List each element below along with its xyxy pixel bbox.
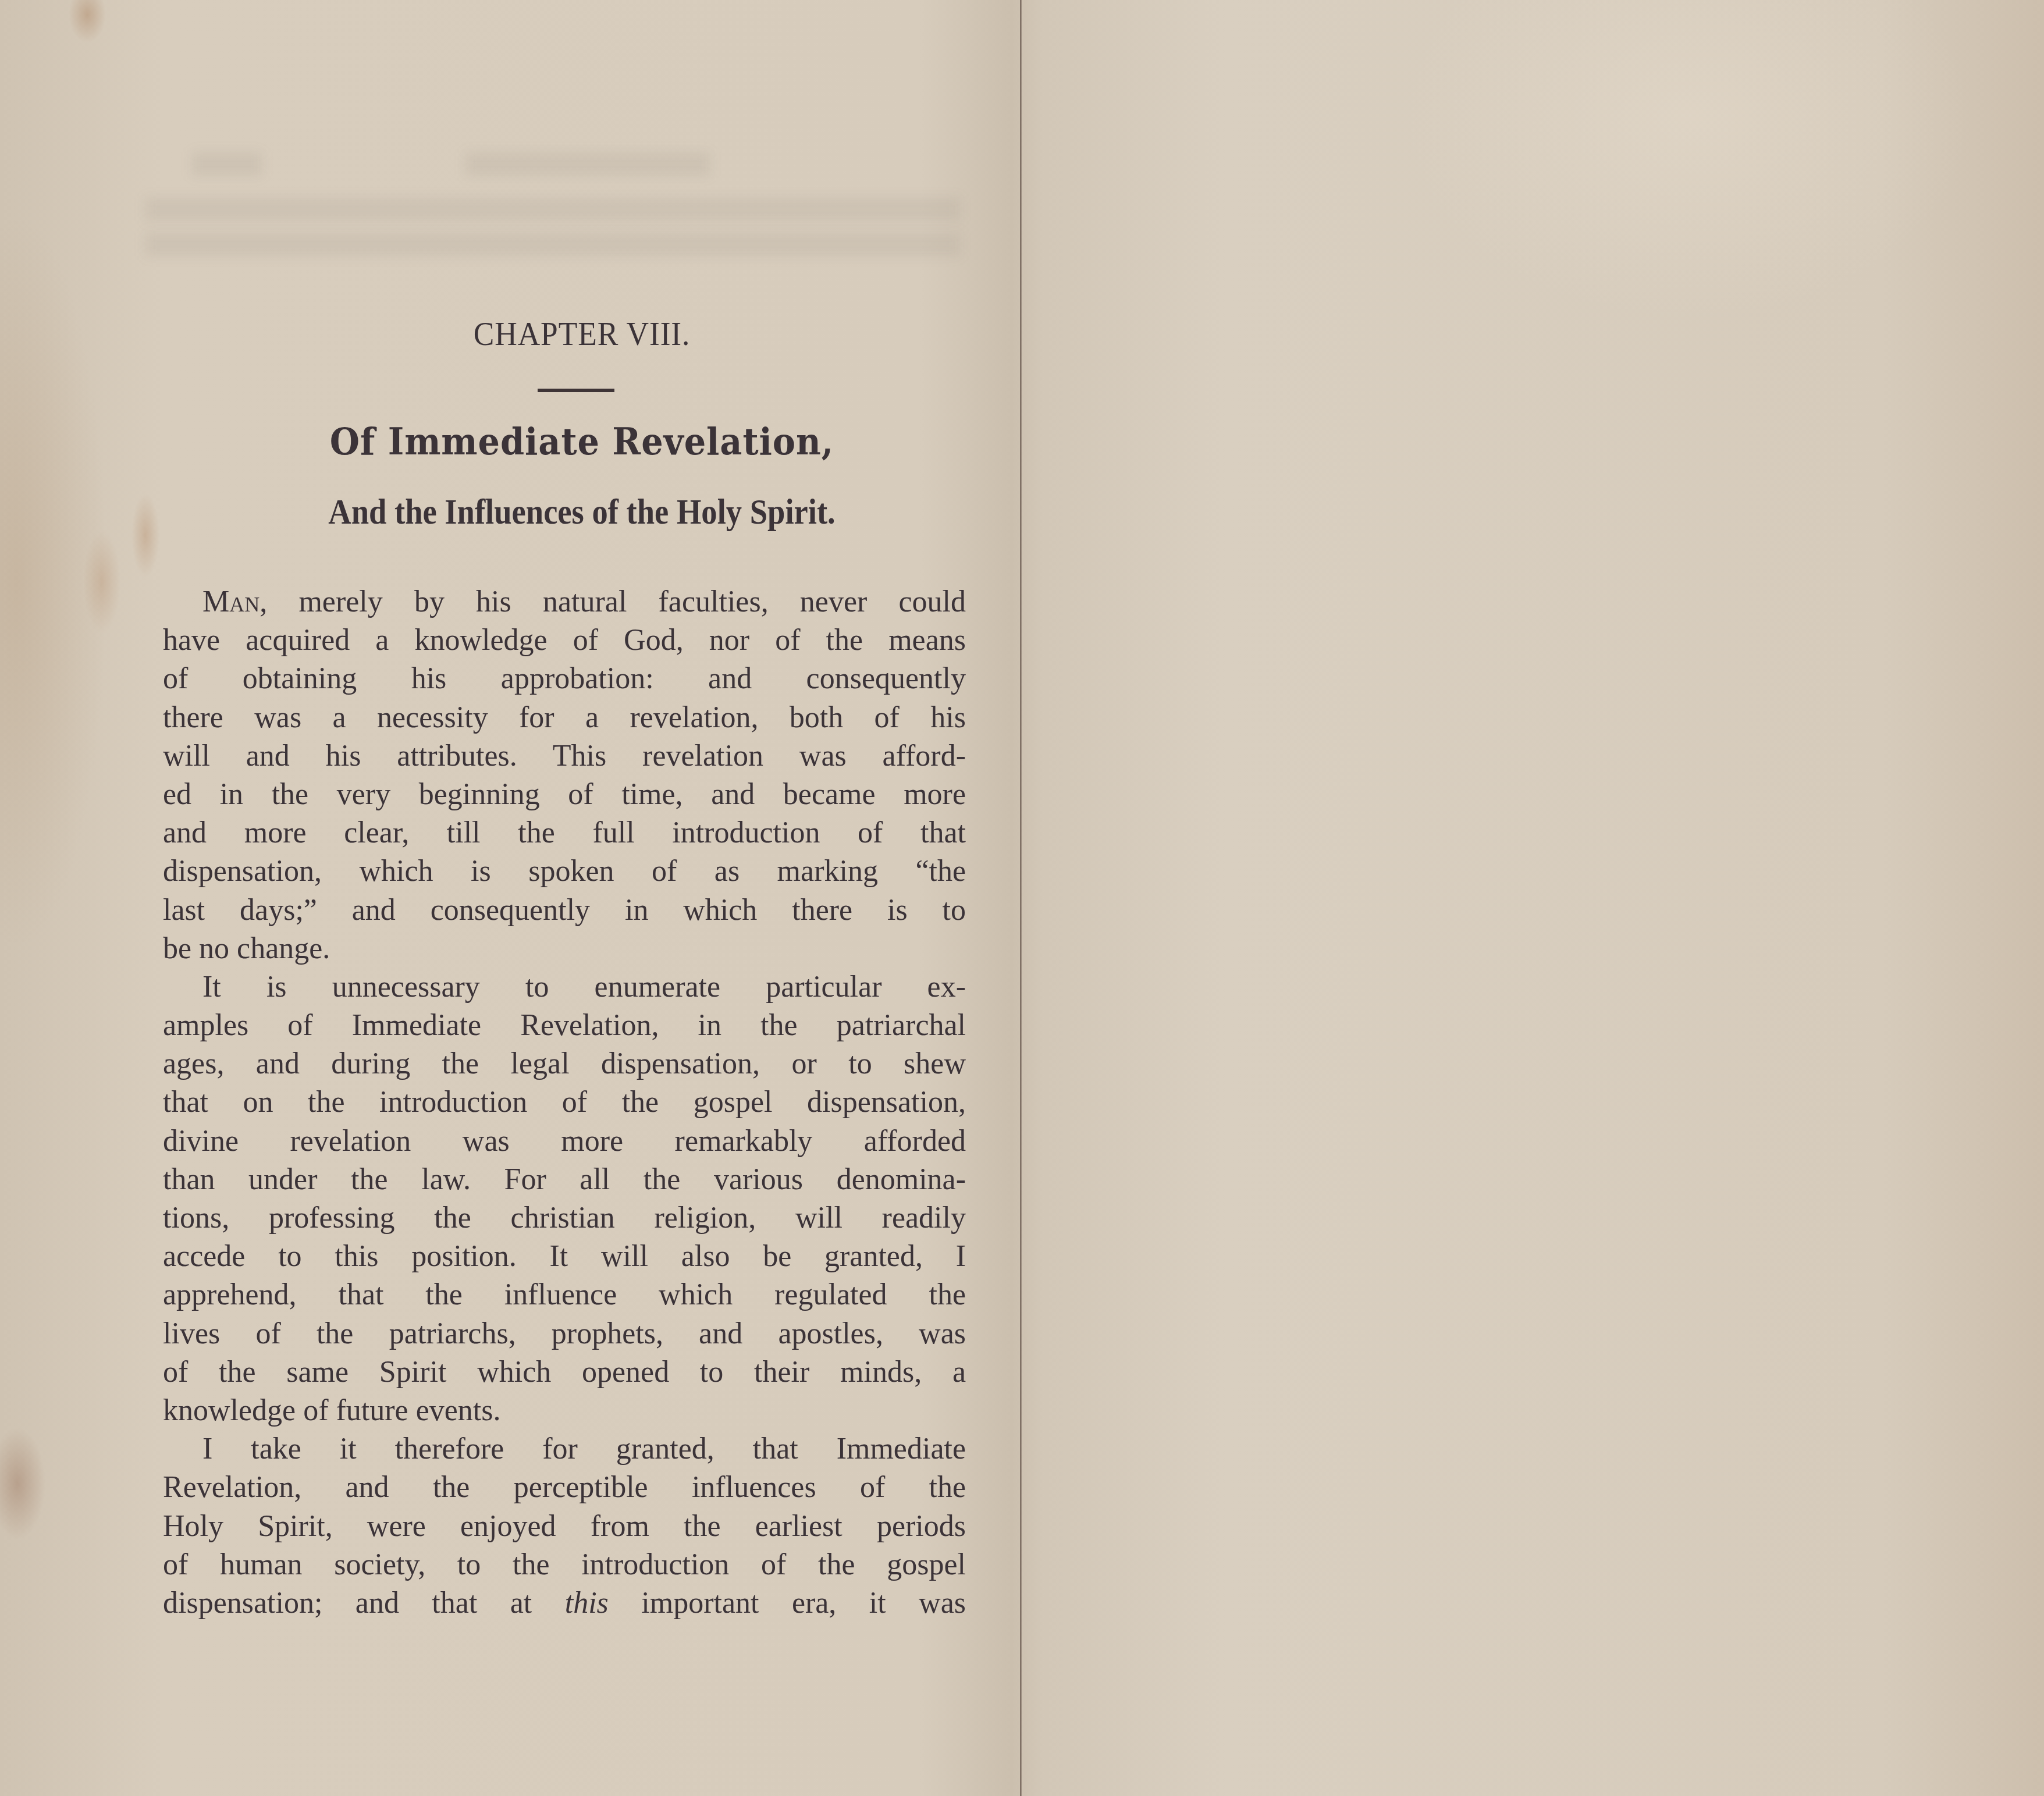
text-line: of obtaining his approbation: and conseq… bbox=[163, 660, 966, 698]
text-run: divine revelation was more remarkably af… bbox=[163, 1125, 966, 1158]
text-run: there was a necessity for a revelation, … bbox=[163, 701, 966, 734]
text-line: will and his attributes. This revelation… bbox=[163, 737, 966, 776]
italic-text: this bbox=[565, 1587, 609, 1620]
chapter-subtitle: And the Influences of the Holy Spirit. bbox=[223, 492, 940, 533]
text-line: amples of Immediate Revelation, in the p… bbox=[163, 1007, 966, 1045]
text-run: that on the introduction of the gospel d… bbox=[163, 1086, 966, 1119]
text-run: will and his attributes. This revelation… bbox=[163, 739, 966, 773]
text-run: accede to this position. It will also be… bbox=[163, 1240, 966, 1273]
text-line: last days;” and consequently in which th… bbox=[163, 891, 966, 930]
left-page: CHAPTER VIII. Of Immediate Revelation, A… bbox=[0, 0, 1021, 1796]
text-run: knowledge of future events. bbox=[163, 1394, 500, 1427]
text-run: , merely by his natural faculties, never… bbox=[260, 585, 966, 618]
text-line: apprehend, that the influence which regu… bbox=[163, 1276, 966, 1314]
text-run: last days;” and consequently in which th… bbox=[163, 894, 966, 927]
text-run: have acquired a knowledge of God, nor of… bbox=[163, 624, 966, 657]
left-page-body-text: Man, merely by his natural faculties, ne… bbox=[163, 583, 966, 1623]
text-run: of obtaining his approbation: and conseq… bbox=[163, 662, 966, 695]
text-line: Holy Spirit, were enjoyed from the earli… bbox=[163, 1507, 966, 1546]
text-line: tions, professing the christian religion… bbox=[163, 1199, 966, 1237]
text-line: dispensation, which is spoken of as mark… bbox=[163, 852, 966, 891]
chapter-divider-rule bbox=[538, 389, 614, 392]
text-line: than under the law. For all the various … bbox=[163, 1161, 966, 1199]
text-run: and more clear, till the full introducti… bbox=[163, 816, 966, 849]
text-run: dispensation, which is spoken of as mark… bbox=[163, 855, 966, 888]
text-line: ages, and during the legal dispensation,… bbox=[163, 1045, 966, 1083]
text-line: I take it therefore for granted, that Im… bbox=[163, 1430, 966, 1468]
text-run: Revelation, and the perceptible influenc… bbox=[163, 1471, 966, 1504]
text-line: Revelation, and the perceptible influenc… bbox=[163, 1468, 966, 1507]
text-run: I take it therefore for granted, that Im… bbox=[202, 1432, 966, 1466]
text-run: amples of Immediate Revelation, in the p… bbox=[163, 1009, 966, 1042]
book-spread: CHAPTER VIII. Of Immediate Revelation, A… bbox=[0, 0, 2044, 1796]
text-line: dispensation; and that at this important… bbox=[163, 1584, 966, 1623]
text-line: ed in the very beginning of time, and be… bbox=[163, 776, 966, 814]
chapter-number: CHAPTER VIII. bbox=[368, 314, 796, 353]
right-page: OF IMMEDIATE REVELATION. 161 more eminen… bbox=[1022, 0, 2044, 1796]
text-line: divine revelation was more remarkably af… bbox=[163, 1122, 966, 1161]
chapter-title: Of Immediate Revelation, bbox=[261, 420, 903, 464]
text-run: ed in the very beginning of time, and be… bbox=[163, 778, 966, 811]
text-run: It is unnecessary to enumerate particula… bbox=[202, 970, 966, 1004]
text-line: there was a necessity for a revelation, … bbox=[163, 699, 966, 737]
text-run: be no change. bbox=[163, 932, 330, 965]
small-caps-text: Man bbox=[202, 585, 260, 618]
text-line: be no change. bbox=[163, 930, 966, 968]
text-line: It is unnecessary to enumerate particula… bbox=[163, 968, 966, 1007]
text-run: dispensation; and that at bbox=[163, 1587, 565, 1620]
text-run: of the same Spirit which opened to their… bbox=[163, 1356, 966, 1389]
text-line: have acquired a knowledge of God, nor of… bbox=[163, 621, 966, 660]
text-line: knowledge of future events. bbox=[163, 1392, 966, 1430]
text-line: lives of the patriarchs, prophets, and a… bbox=[163, 1315, 966, 1353]
text-line: that on the introduction of the gospel d… bbox=[163, 1083, 966, 1122]
text-line: Man, merely by his natural faculties, ne… bbox=[163, 583, 966, 621]
text-run: tions, professing the christian religion… bbox=[163, 1201, 966, 1235]
text-run: Holy Spirit, were enjoyed from the earli… bbox=[163, 1510, 966, 1543]
text-run: of human society, to the introduction of… bbox=[163, 1548, 966, 1581]
text-run: important era, it was bbox=[609, 1587, 966, 1620]
text-run: ages, and during the legal dispensation,… bbox=[163, 1047, 966, 1080]
text-run: apprehend, that the influence which regu… bbox=[163, 1278, 966, 1311]
text-line: of human society, to the introduction of… bbox=[163, 1546, 966, 1584]
text-run: lives of the patriarchs, prophets, and a… bbox=[163, 1317, 966, 1350]
text-line: and more clear, till the full introducti… bbox=[163, 814, 966, 852]
text-run: than under the law. For all the various … bbox=[163, 1163, 966, 1196]
text-line: accede to this position. It will also be… bbox=[163, 1237, 966, 1276]
text-line: of the same Spirit which opened to their… bbox=[163, 1353, 966, 1392]
